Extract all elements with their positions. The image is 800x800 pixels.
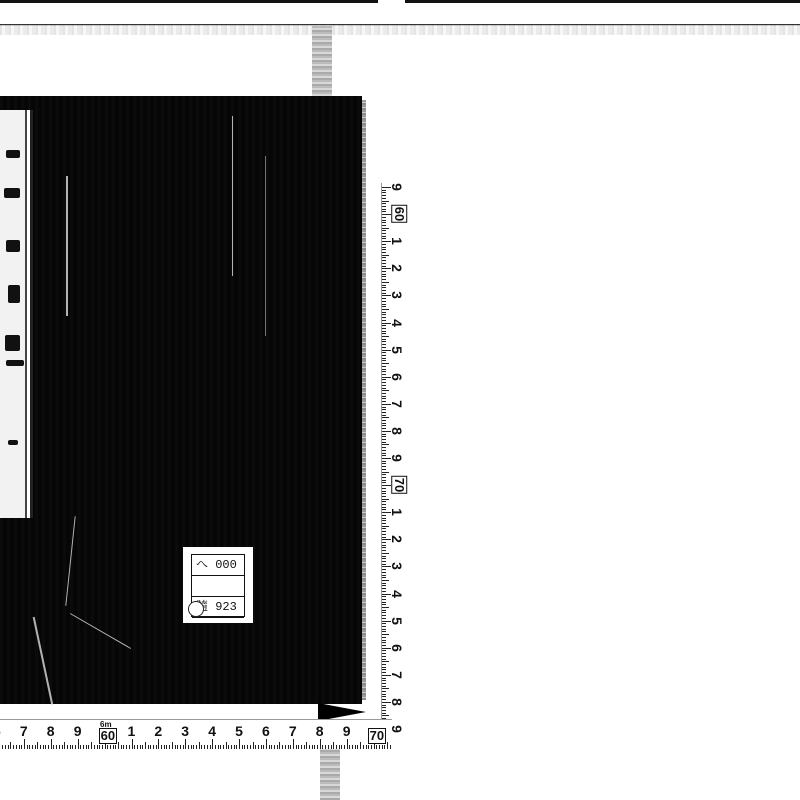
ruler-tick xyxy=(382,656,386,657)
ruler-tick xyxy=(277,745,278,749)
ruler-label: 6 xyxy=(0,723,1,739)
ruler-tick xyxy=(126,745,127,749)
ruler-tick xyxy=(175,745,176,749)
ruler-tick xyxy=(382,290,386,291)
ruler-tick xyxy=(48,745,49,749)
ruler-tick xyxy=(53,745,54,749)
ruler-tick xyxy=(32,745,33,749)
ruler-tick xyxy=(382,518,386,519)
ruler-label: 6 xyxy=(389,373,405,381)
ruler-tick xyxy=(382,304,386,305)
ruler-tick xyxy=(382,369,386,370)
title-character xyxy=(6,360,24,366)
ruler-tick xyxy=(282,745,283,749)
ruler-tick xyxy=(382,420,386,421)
title-character xyxy=(4,188,20,198)
ruler-label: 4 xyxy=(389,590,405,598)
ruler-tick xyxy=(317,745,318,749)
ruler-tick xyxy=(382,528,386,529)
ruler-tick xyxy=(333,742,334,749)
ruler-label: 3 xyxy=(181,723,189,739)
ruler-tick xyxy=(382,214,391,215)
ruler-tick xyxy=(382,650,386,651)
ruler-tick xyxy=(210,745,211,749)
ruler-tick xyxy=(382,661,389,662)
ruler-tick xyxy=(290,745,291,749)
ruler-tick xyxy=(215,745,216,749)
ruler-tick xyxy=(382,550,386,551)
ruler-tick xyxy=(231,745,232,749)
ruler-label: 8 xyxy=(47,723,55,739)
ruler-tick xyxy=(382,309,389,310)
ruler-tick xyxy=(382,461,386,462)
ruler-tick xyxy=(382,523,386,524)
ruler-tick xyxy=(382,260,386,261)
ruler-tick xyxy=(382,691,386,692)
ruler-tick xyxy=(382,547,386,548)
ruler-tick xyxy=(382,382,386,383)
cloth-texture xyxy=(0,96,362,704)
ruler-tick xyxy=(382,672,386,673)
ruler-tick xyxy=(382,561,386,562)
ruler-tick xyxy=(382,233,386,234)
ruler-tick xyxy=(382,274,386,275)
seal-stamp-icon xyxy=(188,601,204,617)
ruler-tick xyxy=(382,591,386,592)
ruler-tick xyxy=(382,336,389,337)
ruler-tick xyxy=(382,678,386,679)
ruler-tick xyxy=(382,325,386,326)
ruler-tick xyxy=(261,745,262,749)
ruler-label: 1 xyxy=(128,723,136,739)
ruler-tick xyxy=(193,745,194,749)
ruler-tick xyxy=(107,745,108,749)
ruler-tick xyxy=(142,745,143,749)
ruler-tick xyxy=(382,344,386,345)
ruler-tick xyxy=(382,358,386,359)
ruler-tick xyxy=(239,739,240,749)
ruler-label: 2 xyxy=(154,723,162,739)
ruler-major-label: 60 xyxy=(391,205,407,223)
ruler-tick xyxy=(314,745,315,749)
scan-border-left xyxy=(0,0,378,3)
title-character xyxy=(6,150,20,158)
ruler-tick xyxy=(382,244,386,245)
label-row-classification: へ 000 xyxy=(192,555,244,576)
ruler-tick xyxy=(382,580,389,581)
ruler-tick xyxy=(161,745,162,749)
ruler-tick xyxy=(382,409,386,410)
ruler-tick xyxy=(382,680,386,681)
ruler-tick xyxy=(382,225,386,226)
ruler-tick xyxy=(382,626,386,627)
ruler-tick xyxy=(387,742,388,749)
ruler-tick xyxy=(242,745,243,749)
ruler-label: 4 xyxy=(389,319,405,327)
ruler-tick xyxy=(382,713,386,714)
ruler-tick xyxy=(382,564,386,565)
cover-crease xyxy=(66,176,68,316)
ruler-tick xyxy=(382,669,386,670)
ruler-tick xyxy=(196,745,197,749)
ruler-tick xyxy=(293,739,294,749)
ruler-tick xyxy=(382,526,389,527)
ruler-tick xyxy=(382,504,386,505)
ruler-tick xyxy=(382,385,386,386)
ruler-label: 4 xyxy=(208,723,216,739)
ruler-tick xyxy=(382,320,386,321)
ruler-tick xyxy=(274,745,275,749)
ruler-tick xyxy=(382,686,386,687)
ruler-tick xyxy=(382,257,386,258)
ruler-tick xyxy=(113,745,114,749)
ruler-tick xyxy=(382,423,386,424)
ruler-tick xyxy=(250,745,251,749)
ruler-tick xyxy=(166,745,167,749)
ruler-label: 9 xyxy=(389,183,405,191)
ruler-tick xyxy=(382,556,386,557)
ruler-label: 1 xyxy=(389,508,405,516)
ruler-tick xyxy=(382,623,386,624)
ruler-tick xyxy=(382,301,386,302)
ruler-tick xyxy=(244,745,245,749)
ruler-tick xyxy=(382,444,389,445)
ruler-tick xyxy=(382,230,386,231)
ruler-tick xyxy=(2,745,3,749)
ruler-tick xyxy=(382,434,386,435)
ruler-tick xyxy=(382,553,389,554)
ruler-tick xyxy=(382,507,386,508)
ruler-tick xyxy=(382,417,389,418)
ruler-tick xyxy=(360,742,361,749)
ruler-tick xyxy=(382,436,386,437)
ruler-tick xyxy=(382,347,386,348)
ruler-tick xyxy=(382,469,386,470)
ruler-tick xyxy=(382,198,386,199)
ruler-tick xyxy=(382,379,386,380)
ruler-tick xyxy=(382,355,386,356)
ruler-label: 5 xyxy=(235,723,243,739)
ruler-tick xyxy=(27,745,28,749)
ruler-tick xyxy=(64,742,65,749)
ruler-tick xyxy=(269,745,270,749)
ruler-label: 8 xyxy=(316,723,324,739)
ruler-tick xyxy=(304,745,305,749)
ruler-major-label: 70 xyxy=(368,728,386,744)
ruler-tick xyxy=(382,542,386,543)
ruler-tick xyxy=(382,585,386,586)
ruler-tick xyxy=(115,745,116,749)
ruler-tick xyxy=(379,745,380,749)
ruler-tick xyxy=(390,745,391,749)
ruler-tick xyxy=(382,664,386,665)
ruler-tick xyxy=(382,314,386,315)
ruler-tick xyxy=(382,612,386,613)
ruler-tick xyxy=(382,339,386,340)
ruler-tick xyxy=(199,742,200,749)
ruler-tick xyxy=(298,745,299,749)
ruler-tick xyxy=(382,653,386,654)
ruler-tick xyxy=(382,306,386,307)
ruler-tick xyxy=(382,531,386,532)
ruler-tick xyxy=(382,604,386,605)
ruler-tick xyxy=(382,453,386,454)
ruler-label: 2 xyxy=(389,264,405,272)
ruler-label: 8 xyxy=(389,427,405,435)
label-frame: へ 000 隨 923 xyxy=(191,554,245,617)
ruler-tick xyxy=(226,742,227,749)
ruler-tick xyxy=(382,450,386,451)
ruler-tick xyxy=(382,366,386,367)
ruler-tick xyxy=(91,742,92,749)
ruler-tick xyxy=(296,745,297,749)
ruler-tick xyxy=(382,211,386,212)
ruler-tick xyxy=(382,298,386,299)
ruler-tick xyxy=(132,739,133,749)
ruler-tick xyxy=(83,745,84,749)
ruler-tick xyxy=(285,745,286,749)
ruler-tick xyxy=(177,745,178,749)
ruler-tick xyxy=(382,710,386,711)
ruler-tick xyxy=(382,705,386,706)
ruler-tick xyxy=(322,745,323,749)
ruler-tick xyxy=(21,745,22,749)
ruler-tick xyxy=(382,588,386,589)
ruler-tick xyxy=(363,745,364,749)
ruler-tick xyxy=(382,602,386,603)
ruler-tick xyxy=(349,745,350,749)
ruler-tick xyxy=(382,534,386,535)
ruler-tick xyxy=(382,228,389,229)
ruler-tick xyxy=(382,745,383,749)
ruler-tick xyxy=(344,745,345,749)
title-slip xyxy=(0,110,33,518)
ruler-tick xyxy=(382,190,386,191)
ruler-tick xyxy=(382,501,386,502)
ruler-label: 6 xyxy=(389,644,405,652)
ruler-major-label: 70 xyxy=(391,476,407,494)
ruler-tick xyxy=(352,745,353,749)
ruler-tick xyxy=(382,482,386,483)
ruler-tick xyxy=(134,745,135,749)
ruler-tick xyxy=(382,255,389,256)
ruler-tick xyxy=(301,745,302,749)
library-label: へ 000 隨 923 xyxy=(183,547,253,623)
ruler-tick xyxy=(255,745,256,749)
ruler-tick xyxy=(51,739,52,749)
ruler-tick xyxy=(150,745,151,749)
ruler-tick xyxy=(137,745,138,749)
ruler-tick xyxy=(236,745,237,749)
ruler-tick xyxy=(382,374,386,375)
ruler-tick xyxy=(331,745,332,749)
ruler-tick xyxy=(234,745,235,749)
ruler-tick xyxy=(382,293,386,294)
ruler-tick xyxy=(382,575,386,576)
ruler-tick xyxy=(218,745,219,749)
ruler-tick xyxy=(382,415,386,416)
ruler-tick xyxy=(382,509,386,510)
top-clip xyxy=(312,26,332,98)
ruler-tick xyxy=(382,401,386,402)
ruler-tick xyxy=(70,745,71,749)
ruler-tick xyxy=(382,642,386,643)
cover-crease xyxy=(265,156,266,336)
title-character xyxy=(8,440,18,445)
ruler-tick xyxy=(368,745,369,749)
ruler-tick xyxy=(382,425,386,426)
ruler-tick xyxy=(8,745,9,749)
ruler-tick xyxy=(382,328,386,329)
ruler-tick xyxy=(382,715,389,716)
ruler-tick xyxy=(382,238,386,239)
ruler-tick xyxy=(382,396,386,397)
ruler-tick xyxy=(37,742,38,749)
ruler-tick xyxy=(382,341,386,342)
ruler-tick xyxy=(312,745,313,749)
ruler-tick xyxy=(384,745,385,749)
ruler-tick xyxy=(121,745,122,749)
ruler-tick xyxy=(382,412,386,413)
ruler-tick xyxy=(382,192,386,193)
ruler-tick xyxy=(40,745,41,749)
ruler-tick xyxy=(382,480,386,481)
ruler-tick xyxy=(382,569,386,570)
ruler-tick xyxy=(228,745,229,749)
ruler-tick xyxy=(382,694,386,695)
ruler-tick xyxy=(382,537,386,538)
ruler-tick xyxy=(288,745,289,749)
ruler-tick xyxy=(78,739,79,749)
title-character xyxy=(6,240,20,252)
ruler-tick xyxy=(382,312,386,313)
ruler-tick xyxy=(382,607,389,608)
ruler-tick xyxy=(382,209,386,210)
ruler-tick xyxy=(382,615,386,616)
ruler-tick xyxy=(88,745,89,749)
ruler-tick xyxy=(153,745,154,749)
ruler-tick xyxy=(382,496,386,497)
ruler-tick xyxy=(223,745,224,749)
ruler-tick xyxy=(72,745,73,749)
ruler-tick xyxy=(357,745,358,749)
ruler-tick xyxy=(382,696,386,697)
ruler-label: 3 xyxy=(389,562,405,570)
ruler-tick xyxy=(45,745,46,749)
ruler-tick xyxy=(201,745,202,749)
ruler-label: 3 xyxy=(389,291,405,299)
title-character xyxy=(8,285,20,303)
ruler-tick xyxy=(382,447,386,448)
ruler-tick xyxy=(382,637,386,638)
ruler-tick xyxy=(382,455,386,456)
ruler-tick xyxy=(220,745,221,749)
ruler-tick xyxy=(258,745,259,749)
ruler-tick xyxy=(382,634,389,635)
ruler-tick xyxy=(382,276,386,277)
ruler-tick xyxy=(336,745,337,749)
ruler-tick xyxy=(382,203,386,204)
ruler-tick xyxy=(263,745,264,749)
ruler-label: 2 xyxy=(389,535,405,543)
ruler-tick xyxy=(382,491,386,492)
ruler-tick xyxy=(67,745,68,749)
ruler-tick xyxy=(19,745,20,749)
ruler-tick xyxy=(382,252,386,253)
ruler-tick xyxy=(382,707,386,708)
ruler-tick xyxy=(80,745,81,749)
ruler-tick xyxy=(145,742,146,749)
ruler-unit-mark: 6m xyxy=(100,720,112,729)
ruler-label: 5 xyxy=(389,346,405,354)
ruler-tick xyxy=(253,742,254,749)
ruler-tick xyxy=(279,742,280,749)
ruler-tick xyxy=(382,363,389,364)
ruler-tick xyxy=(382,683,386,684)
ruler-label: 9 xyxy=(74,723,82,739)
ruler-tick xyxy=(382,371,386,372)
ruler-tick xyxy=(86,745,87,749)
ruler-tick xyxy=(172,742,173,749)
ruler-tick xyxy=(5,745,6,749)
ruler-tick xyxy=(382,282,389,283)
ruler-tick xyxy=(43,745,44,749)
ruler-tick xyxy=(306,742,307,749)
ruler-tick xyxy=(35,745,36,749)
ruler-tick xyxy=(371,745,372,749)
ruler-tick xyxy=(382,393,386,394)
scan-canvas: へ 000 隨 923 96012345678970123456789 6789… xyxy=(0,0,800,800)
ruler-tick xyxy=(382,206,386,207)
ruler-tick xyxy=(29,745,30,749)
ruler-tick xyxy=(382,618,386,619)
ruler-tick xyxy=(382,442,386,443)
ruler-tick xyxy=(382,583,386,584)
ruler-tick xyxy=(156,745,157,749)
ruler-label: 6 xyxy=(262,723,270,739)
vertical-ruler: 96012345678970123456789 xyxy=(381,183,409,746)
book-cover xyxy=(0,96,362,704)
ruler-tick xyxy=(271,745,272,749)
ruler-tick xyxy=(382,220,386,221)
ruler-major-label: 60 xyxy=(99,728,117,744)
ruler-tick xyxy=(382,331,386,332)
ruler-tick xyxy=(24,739,25,749)
ruler-tick xyxy=(382,287,386,288)
ruler-tick xyxy=(212,739,213,749)
ruler-tick xyxy=(382,572,386,573)
ruler-tick xyxy=(382,352,386,353)
ruler-label: 7 xyxy=(20,723,28,739)
ruler-tick xyxy=(382,201,389,202)
ruler-tick xyxy=(382,629,386,630)
ruler-tick xyxy=(382,439,386,440)
ruler-tick xyxy=(382,558,386,559)
ruler-tick xyxy=(355,745,356,749)
ruler-tick xyxy=(382,407,386,408)
ruler-label: 7 xyxy=(389,671,405,679)
ruler-tick xyxy=(347,739,348,749)
ruler-tick xyxy=(382,577,386,578)
ruler-tick xyxy=(148,745,149,749)
ruler-tick xyxy=(110,745,111,749)
ruler-tick xyxy=(382,428,386,429)
scan-border-right xyxy=(405,0,800,3)
ruler-tick xyxy=(382,477,386,478)
ruler-tick xyxy=(376,745,377,749)
ruler-label: 7 xyxy=(389,400,405,408)
ruler-tick xyxy=(94,745,95,749)
